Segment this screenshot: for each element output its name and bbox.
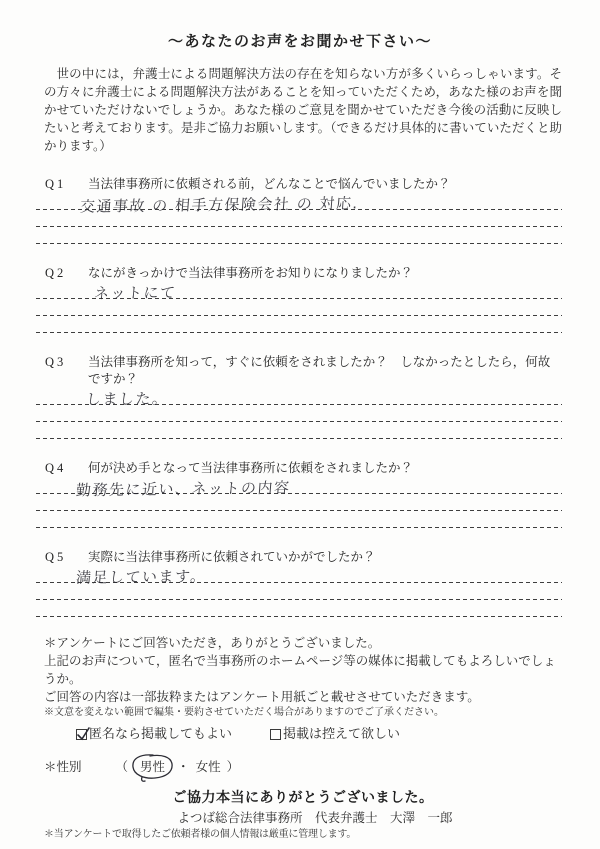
question-text: 当法律事務所に依頼される前，どんなことで悩んでいましたか？ xyxy=(88,176,562,193)
question-block-4: Q4 何が決め手となって当法律事務所に依頼をされましたか？ 勤務先に近い、ネット… xyxy=(36,460,562,528)
handwritten-answer: ネットにて xyxy=(93,281,177,303)
answer-line xyxy=(36,316,562,333)
handwritten-answer: 満足しています。 xyxy=(75,565,207,588)
intro-paragraph: 世の中には，弁護士による問題解決方法の存在を知らない方が多くいらっしゃいます。そ… xyxy=(44,65,562,155)
answer-area: 勤務先に近い、ネットの内容 xyxy=(36,477,562,528)
handwritten-answer: しました。 xyxy=(85,387,169,409)
gender-male-label: 男性 xyxy=(140,760,165,774)
question-block-5: Q5 実際に当法律事務所に依頼されていかがでしたか？ 満足しています。 xyxy=(36,549,562,617)
gender-label: ＊性別 xyxy=(44,758,82,776)
privacy-note: ＊当アンケートで取得したご依頼者様の個人情報は厳重に管理します。 xyxy=(44,827,562,842)
question-block-3: Q3 当法律事務所を知って，すぐに依頼をされましたか？ しなかったとしたら，何故… xyxy=(36,354,562,439)
question-number: Q5 xyxy=(36,549,88,566)
page-title: ～あなたのお声をお聞かせ下さい～ xyxy=(0,0,600,51)
answer-area: 交通事故 の 相手方保険会社 の 対応. xyxy=(36,193,562,244)
answer-area: しました。 xyxy=(36,388,562,439)
answer-area: ネットにて xyxy=(36,282,562,333)
consent-option-label: 匿名なら掲載してもよい xyxy=(89,725,232,743)
editing-note: ※文意を変えない範囲で編集・要約させていただく場合がありますのでご了承ください。 xyxy=(44,706,562,720)
gender-close-paren: ） xyxy=(227,758,240,776)
firm-signature: よつば総合法律事務所 代表弁護士 大澤 一郎 xyxy=(56,809,574,827)
gender-section: ＊性別 （ 男性 ・ 女性 ） xyxy=(44,758,562,776)
consent-option-decline: 掲載は控えて欲しい xyxy=(270,725,400,743)
answer-line xyxy=(36,422,562,439)
closing-thanks: ご協力本当にありがとうございました。 xyxy=(44,789,562,809)
handwritten-answer: 勤務先に近い、ネットの内容 xyxy=(75,477,291,501)
publication-permission-line: 上記のお声について，匿名で当事務所のホームページ等の媒体に掲載してもよろしいでし… xyxy=(44,652,562,688)
consent-section: ＊アンケートにご回答いただき，ありがとうございました。 上記のお声について，匿名… xyxy=(44,634,562,842)
scanned-survey-page: ～あなたのお声をお聞かせ下さい～ 世の中には，弁護士による問題解決方法の存在を知… xyxy=(0,0,600,849)
consent-option-label: 掲載は控えて欲しい xyxy=(283,725,400,743)
question-number: Q2 xyxy=(36,265,88,282)
question-number: Q3 xyxy=(36,354,88,388)
question-text: 実際に当法律事務所に依頼されていかがでしたか？ xyxy=(88,549,562,566)
question-number: Q4 xyxy=(36,460,88,477)
answer-area: 満足しています。 xyxy=(36,566,562,617)
checkbox-checked-icon xyxy=(76,729,87,740)
question-block-2: Q2 なにがきっかけで当法律事務所をお知りになりましたか？ ネットにて xyxy=(36,265,562,333)
question-text: 何が決め手となって当法律事務所に依頼をされましたか？ xyxy=(88,460,562,477)
checkbox-unchecked-icon xyxy=(270,729,281,740)
gender-open-paren: （ xyxy=(116,758,129,776)
answer-line xyxy=(36,600,562,617)
question-list: Q1 当法律事務所に依頼される前，どんなことで悩んでいましたか？ 交通事故 の … xyxy=(36,176,562,617)
question-text: なにがきっかけで当法律事務所をお知りになりましたか？ xyxy=(88,265,562,282)
question-block-1: Q1 当法律事務所に依頼される前，どんなことで悩んでいましたか？ 交通事故 の … xyxy=(36,176,562,244)
gender-female-label: 女性 xyxy=(196,758,221,776)
handwritten-answer: 交通事故 の 相手方保険会社 の 対応. xyxy=(79,192,359,216)
gender-option-male: 男性 xyxy=(134,758,171,776)
closing-section: ご協力本当にありがとうございました。 よつば総合法律事務所 代表弁護士 大澤 一… xyxy=(44,789,562,842)
consent-options: 匿名なら掲載してもよい 掲載は控えて欲しい xyxy=(44,725,562,743)
question-number: Q1 xyxy=(36,176,88,193)
handwritten-checkmark-icon xyxy=(75,724,93,742)
excerpt-notice-line: ご回答の内容は一部抜粋またはアンケート用紙ごと載せさせていただきます。 xyxy=(44,688,562,706)
answer-line xyxy=(36,511,562,528)
consent-option-anonymous-ok: 匿名なら掲載してもよい xyxy=(76,725,232,743)
answer-line xyxy=(36,227,562,244)
question-text: 当法律事務所を知って，すぐに依頼をされましたか？ しなかったとしたら，何故ですか… xyxy=(88,354,562,388)
survey-thanks-line: ＊アンケートにご回答いただき，ありがとうございました。 xyxy=(44,634,562,652)
gender-separator: ・ xyxy=(177,758,190,776)
